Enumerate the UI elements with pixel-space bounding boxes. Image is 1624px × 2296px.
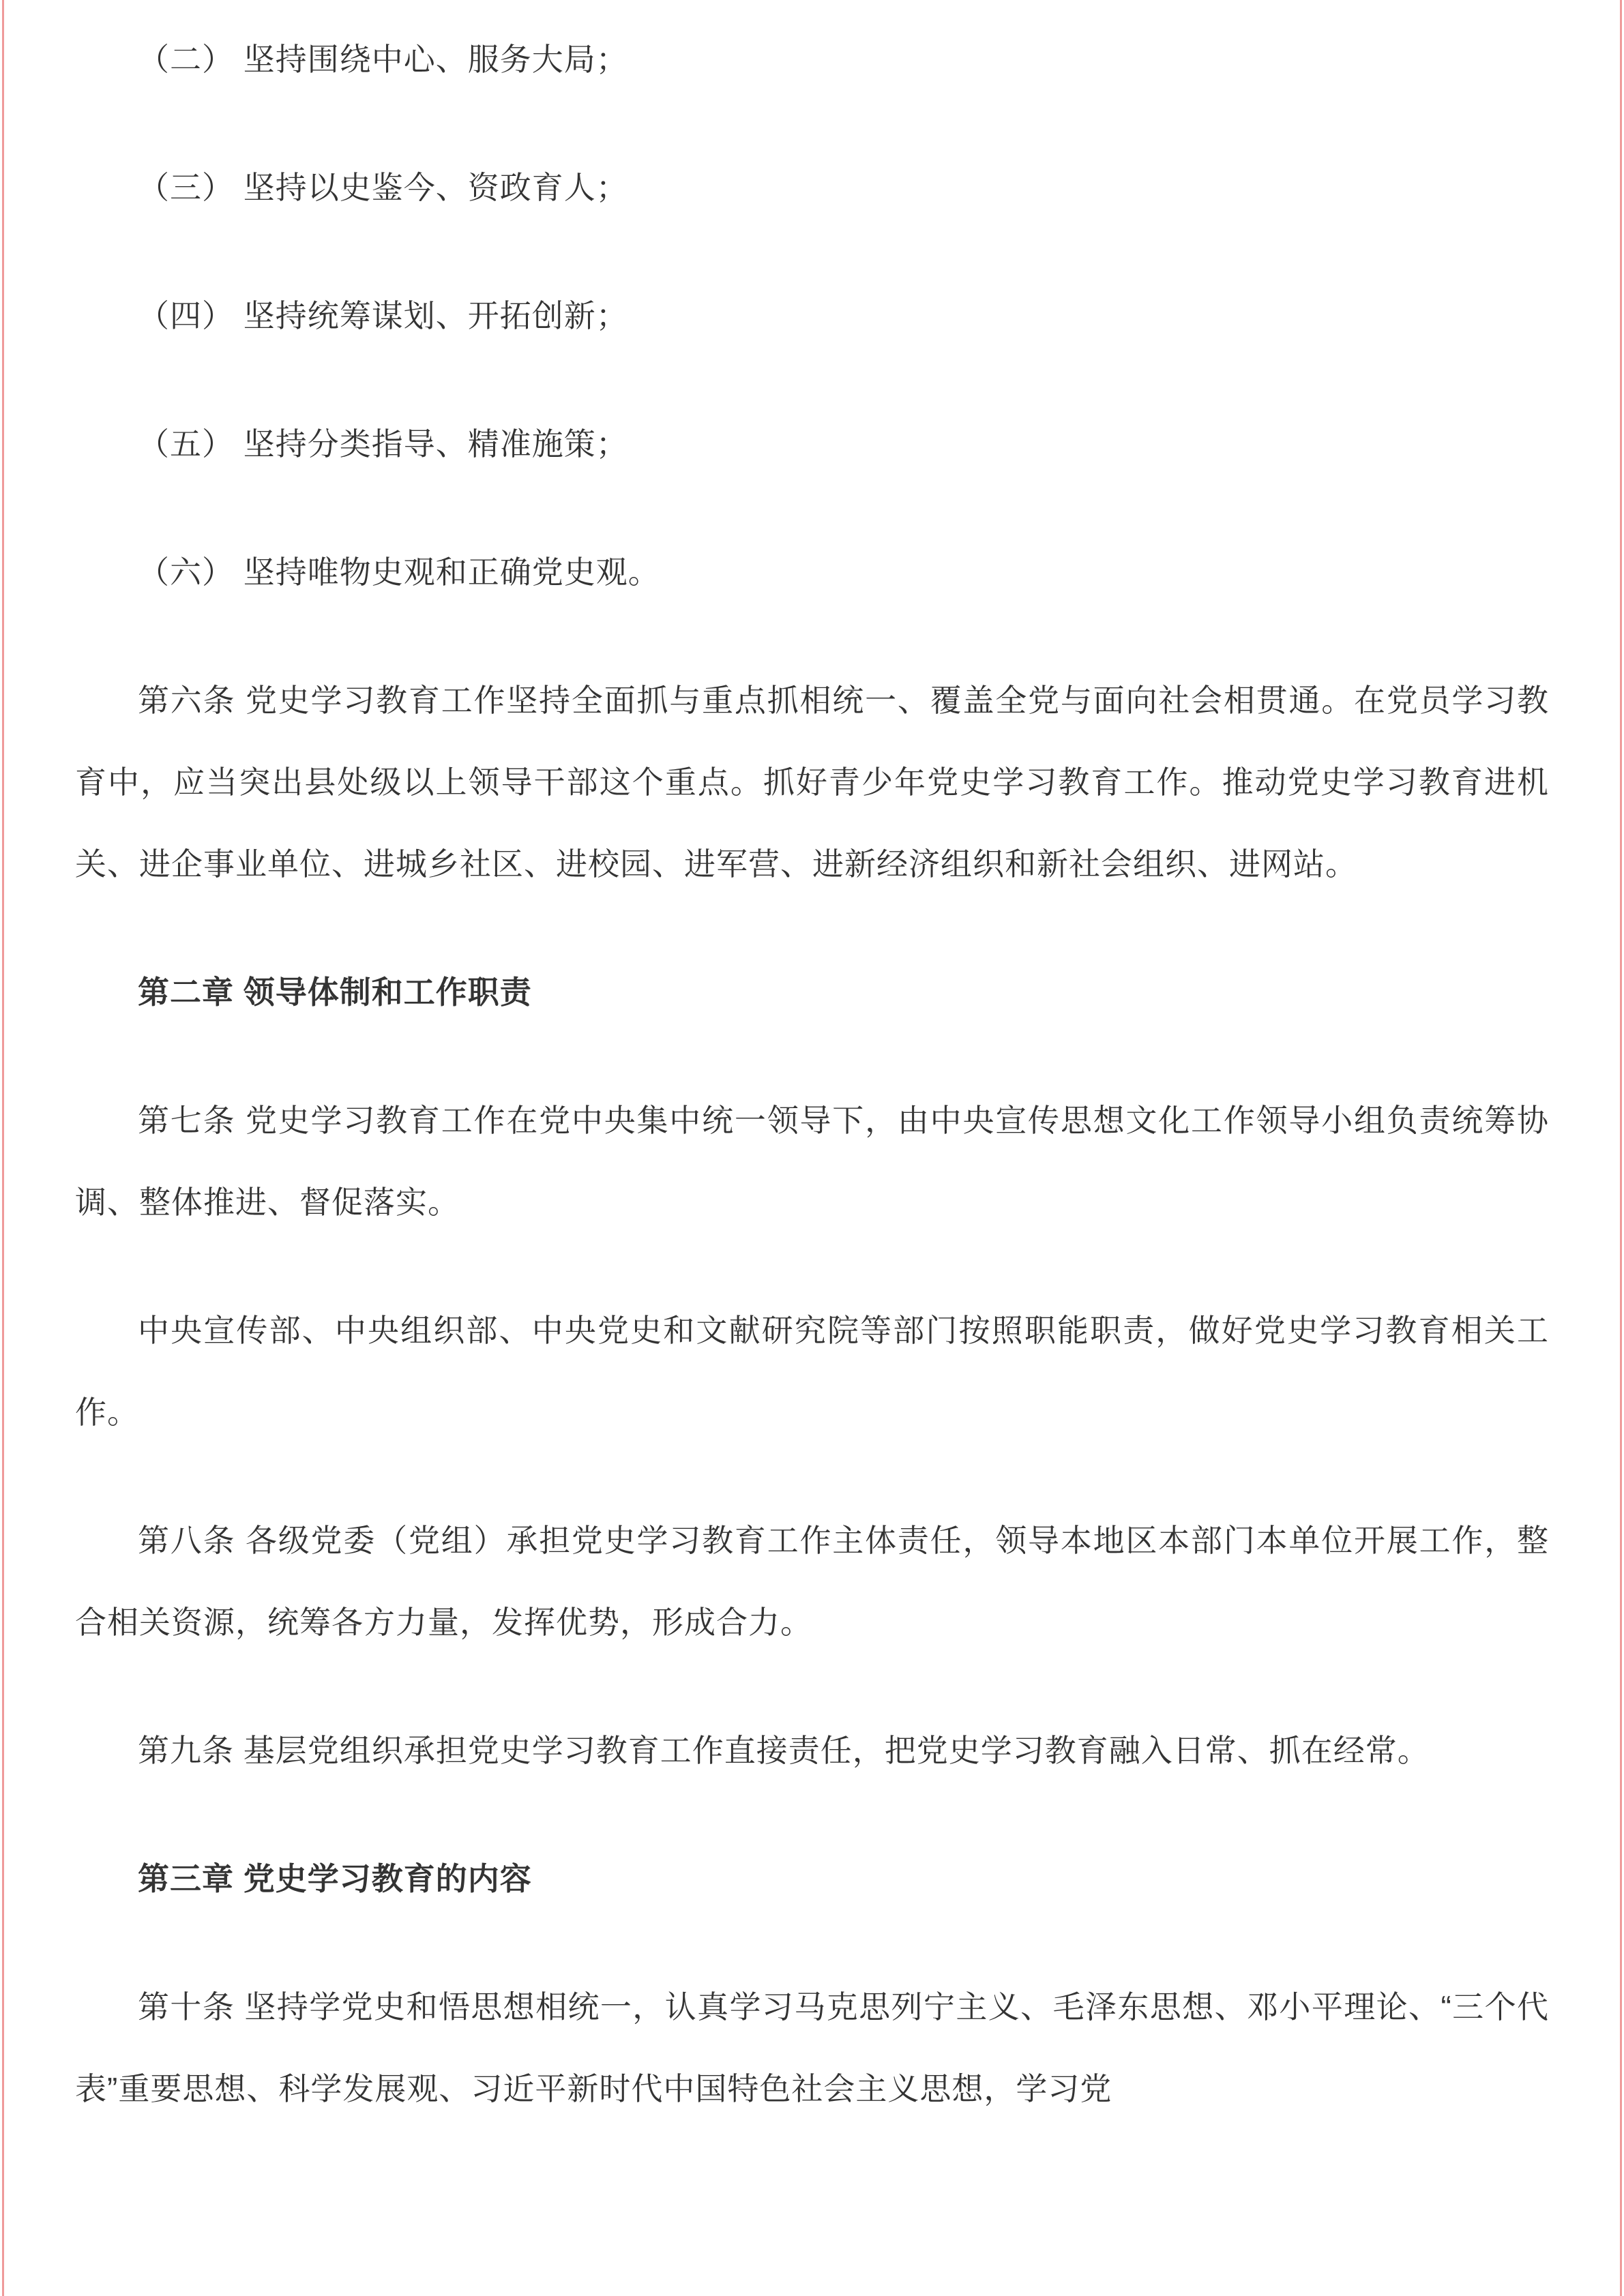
article-9-paragraph: 第九条 基层党组织承担党史学习教育工作直接责任，把党史学习教育融入日常、抓在经常… [75, 1710, 1549, 1791]
list-item-6: （六） 坚持唯物史观和正确党史观。 [75, 531, 1549, 613]
chapter-2-heading: 第二章 领导体制和工作职责 [75, 951, 1549, 1033]
list-item-4: （四） 坚持统筹谋划、开拓创新； [75, 275, 1549, 357]
right-edge-line [1620, 0, 1622, 2296]
list-item-2: （二） 坚持围绕中心、服务大局； [75, 18, 1549, 100]
list-item-5: （五） 坚持分类指导、精准施策； [75, 403, 1549, 485]
article-7-paragraph: 第七条 党史学习教育工作在党中央集中统一领导下，由中央宣传思想文化工作领导小组负… [75, 1079, 1549, 1243]
chapter-3-heading: 第三章 党史学习教育的内容 [75, 1838, 1549, 1920]
article-7-paragraph-2: 中央宣传部、中央组织部、中央党史和文献研究院等部门按照职能职责，做好党史学习教育… [75, 1289, 1549, 1453]
article-6-paragraph: 第六条 党史学习教育工作坚持全面抓与重点抓相统一、覆盖全党与面向社会相贯通。在党… [75, 659, 1549, 905]
article-10-paragraph: 第十条 坚持学党史和悟思想相统一，认真学习马克思列宁主义、毛泽东思想、邓小平理论… [75, 1966, 1549, 2130]
left-edge-line [2, 0, 4, 2296]
document-page: （二） 坚持围绕中心、服务大局； （三） 坚持以史鉴今、资政育人； （四） 坚持… [0, 0, 1624, 2130]
article-8-paragraph: 第八条 各级党委（党组）承担党史学习教育工作主体责任，领导本地区本部门本单位开展… [75, 1500, 1549, 1663]
list-item-3: （三） 坚持以史鉴今、资政育人； [75, 147, 1549, 228]
